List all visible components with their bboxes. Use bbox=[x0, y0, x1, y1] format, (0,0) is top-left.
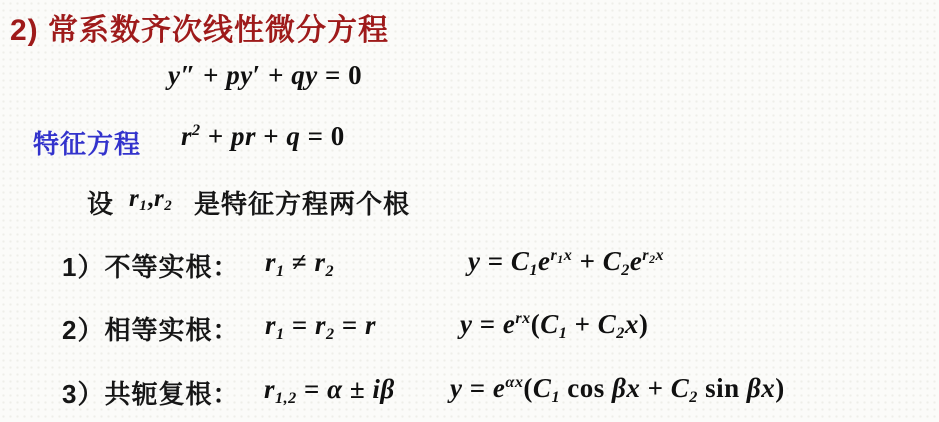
case-3-label: 3）共轭复根： bbox=[62, 374, 239, 411]
roots-intro-prefix: 设 bbox=[87, 184, 114, 221]
case-3-solution: y = eαx(C1 cos βx + C2 sin βx) bbox=[450, 373, 785, 404]
page-title: 2) 常系数齐次线性微分方程 bbox=[10, 5, 389, 49]
case-2-label: 2）相等实根： bbox=[62, 310, 239, 347]
characteristic-equation-label: 特征方程 bbox=[33, 124, 141, 161]
roots-intro-suffix: 是特征方程两个根 bbox=[194, 184, 410, 221]
equation-characteristic: r2 + pr + q = 0 bbox=[181, 121, 345, 152]
case-1-label: 1）不等实根： bbox=[62, 247, 239, 284]
case-2-solution: y = erx(C1 + C2x) bbox=[460, 309, 648, 340]
case-1-solution: y = C1er1x + C2er2x bbox=[468, 246, 664, 277]
equation-general: y″ + py′ + qy = 0 bbox=[168, 60, 362, 91]
case-1-condition: r1 ≠ r2 bbox=[265, 247, 334, 278]
lecture-slide: 2) 常系数齐次线性微分方程 y″ + py′ + qy = 0 特征方程 r2… bbox=[0, 0, 939, 422]
case-2-condition: r1 = r2 = r bbox=[265, 310, 376, 341]
roots-intro-math: r1,r2 bbox=[129, 185, 172, 213]
case-3-condition: r1,2 = α ± iβ bbox=[264, 374, 395, 405]
